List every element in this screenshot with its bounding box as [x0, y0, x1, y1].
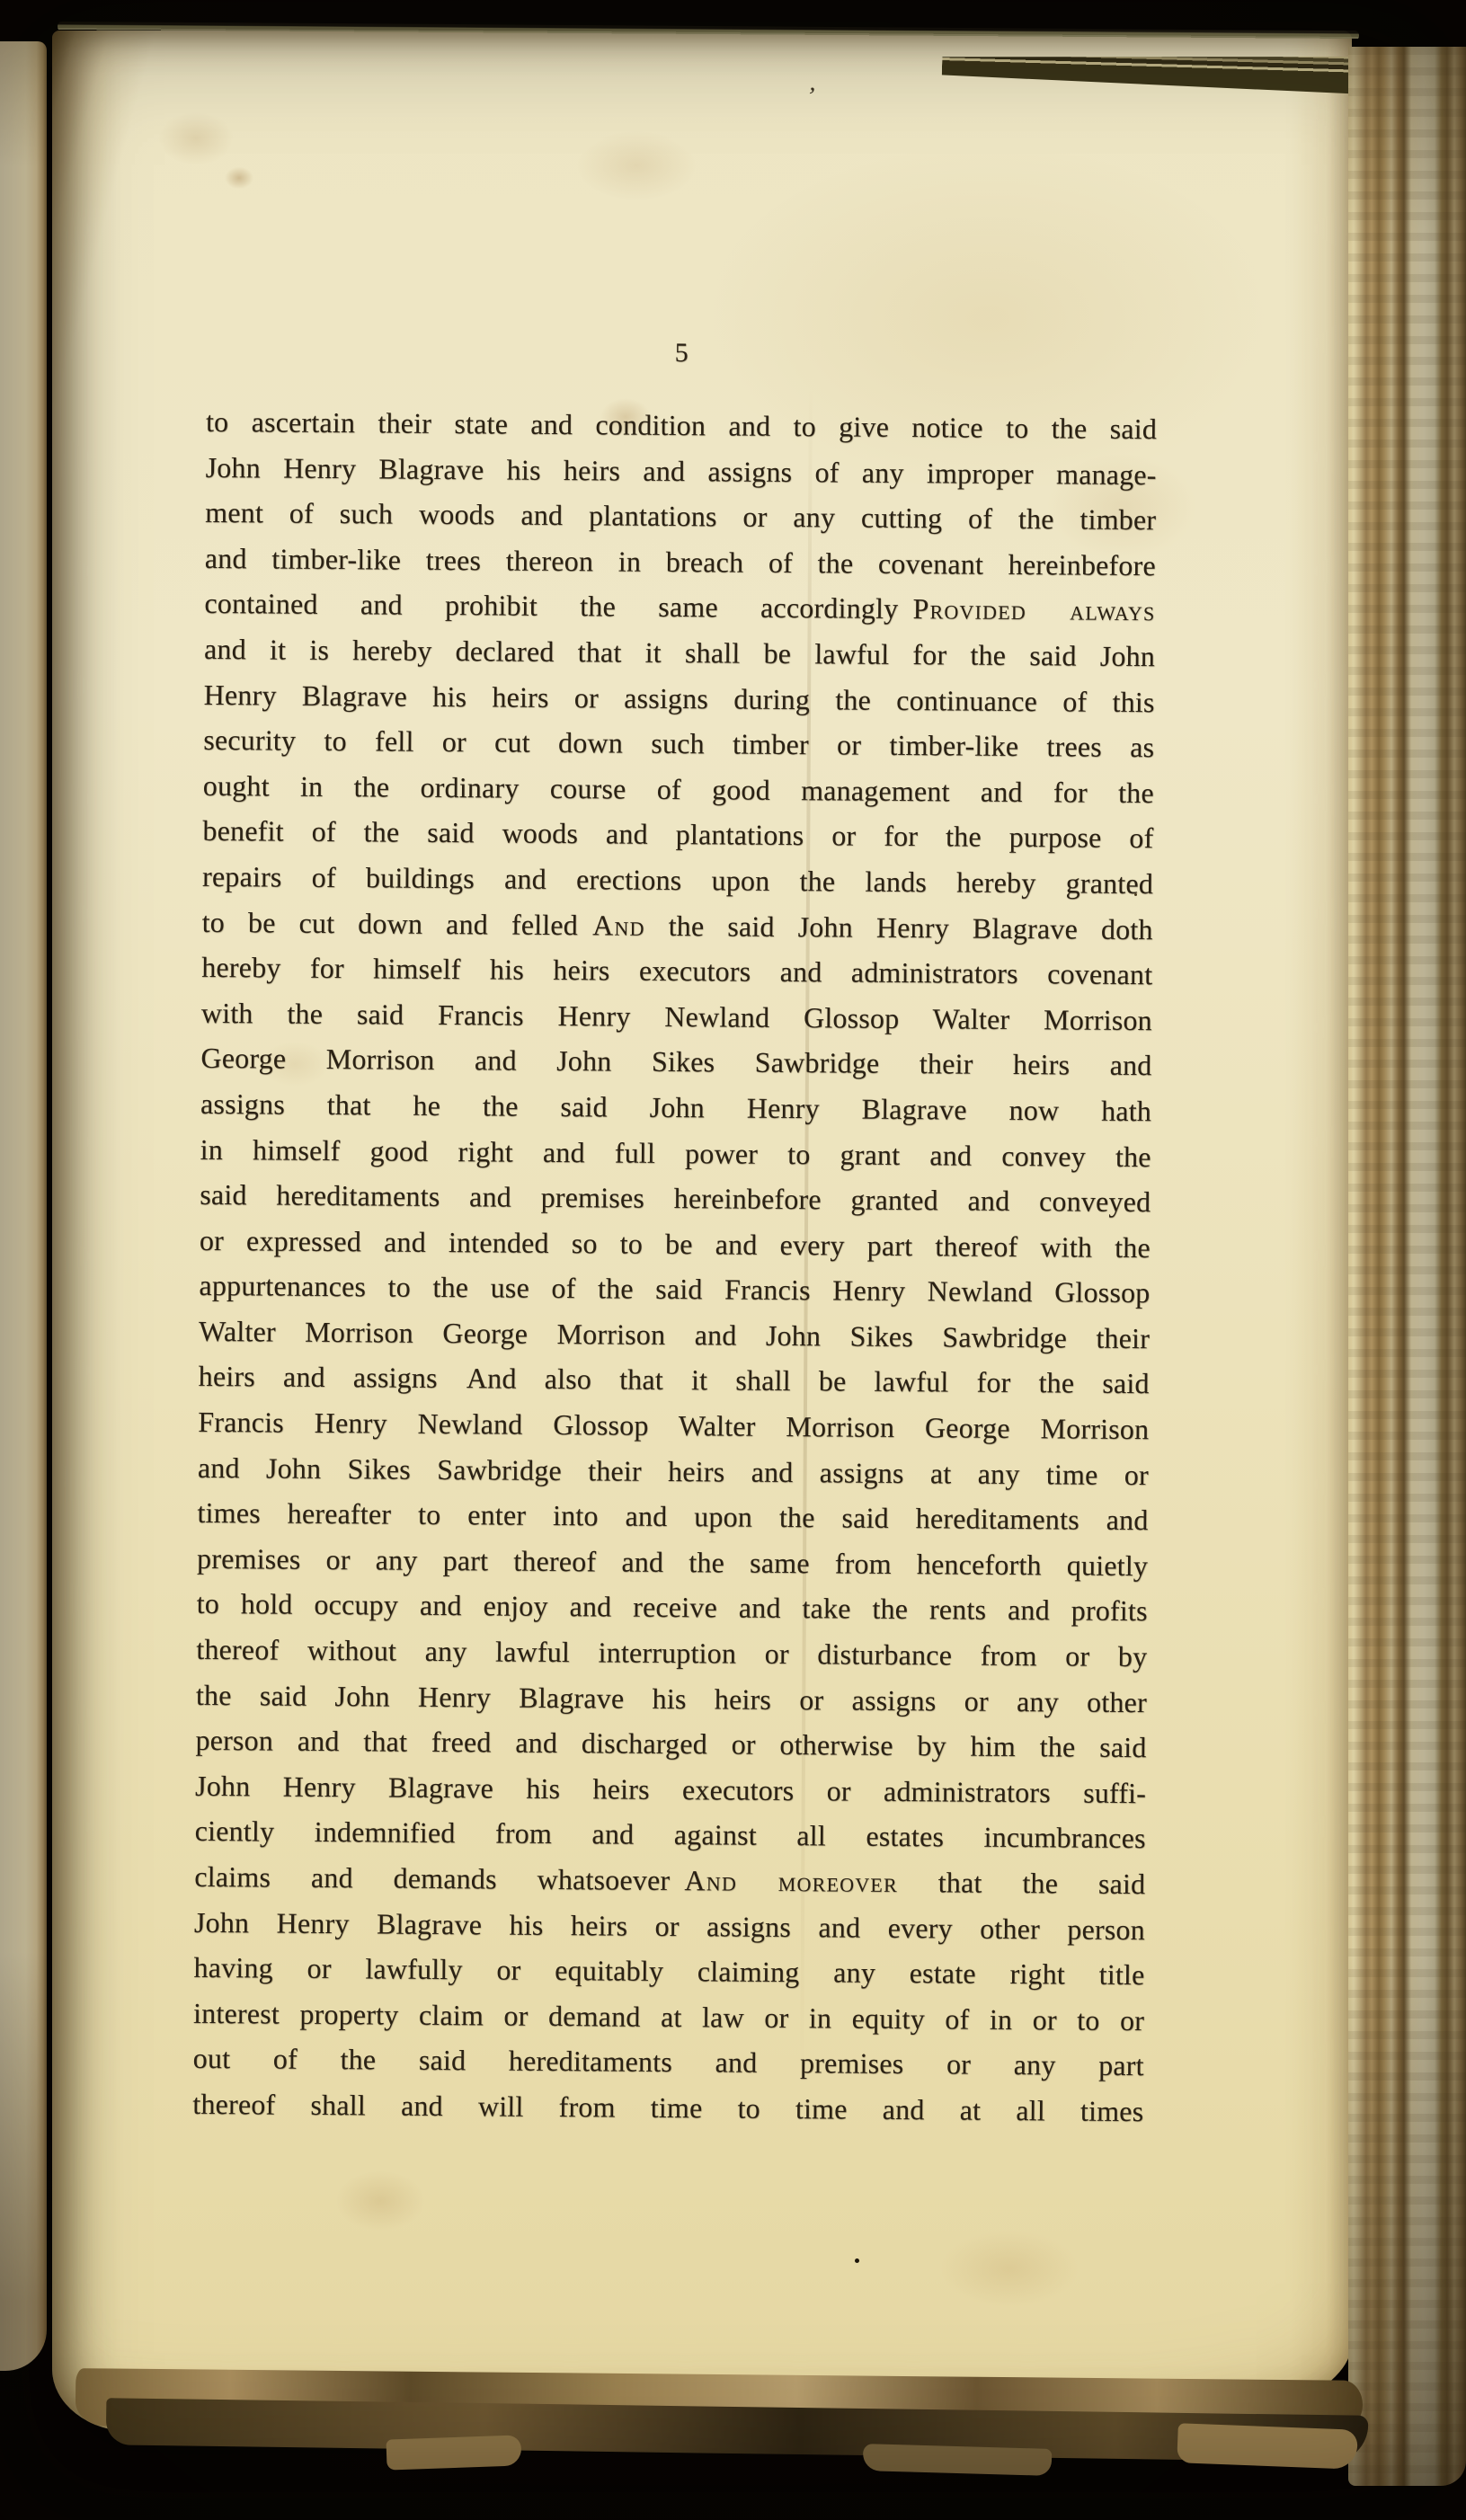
torn-page-tab [863, 2444, 1053, 2476]
text-segment: benefit of the said woods and plantation… [202, 814, 1153, 854]
text-segment: Henry Blagrave his heirs or assigns duri… [204, 678, 1155, 717]
text-line: thereof without any lawful interruption … [196, 1627, 1147, 1680]
text-line: John Henry Blagrave his heirs and assign… [205, 444, 1156, 497]
text-line: in himself good right and full power to … [200, 1126, 1151, 1179]
text-line: hereby for himself his heirs executors a… [201, 945, 1152, 998]
text-line: times hereafter to enter into and upon t… [197, 1490, 1148, 1543]
text-segment: heirs and assigns And also that it shall… [199, 1360, 1150, 1399]
text-segment: said hereditaments and premises hereinbe… [200, 1178, 1151, 1218]
text-line: claims and demands whatsoever And moreov… [194, 1854, 1145, 1907]
text-line: assigns that he the said John Henry Blag… [200, 1081, 1151, 1134]
text-line: to ascertain their state and condition a… [206, 399, 1157, 452]
text-segment: hereby for himself his heirs executors a… [201, 951, 1152, 990]
text-segment: to be cut down and felled [202, 905, 593, 940]
text-segment: thereof shall and will from time to time… [192, 2088, 1143, 2127]
text-segment: Walter Morrison George Morrison and John… [199, 1315, 1150, 1354]
text-segment: the said John Henry Blagrave his heirs o… [196, 1678, 1147, 1717]
text-line: and John Sikes Sawbridge their heirs and… [198, 1444, 1149, 1497]
text-segment: thereof without any lawful interruption … [196, 1633, 1147, 1673]
text-segment: having or lawfully or equitably claiming… [193, 1951, 1144, 1991]
smallcaps-text-segment: And [592, 909, 645, 941]
text-line: benefit of the said woods and plantation… [202, 808, 1153, 861]
text-line: John Henry Blagrave his heirs or assigns… [194, 1899, 1145, 1952]
text-line: ought in the ordinary course of good man… [203, 763, 1154, 816]
text-segment: contained and prohibit the same accordin… [204, 587, 912, 625]
text-line: ciently indemnified from and against all… [195, 1808, 1146, 1861]
text-line: interest property claim or demand at law… [193, 1991, 1144, 2044]
facing-page-edge [0, 41, 47, 2371]
text-segment: or expressed and intended so to be and e… [200, 1224, 1151, 1264]
text-line: contained and prohibit the same accordin… [204, 581, 1155, 634]
text-segment: John Henry Blagrave his heirs and assign… [206, 450, 1157, 490]
text-segment: John Henry Blagrave his heirs or assigns… [194, 1905, 1145, 1945]
text-segment: appurtenances to the use of the said Fra… [199, 1269, 1150, 1309]
text-segment: to hold occupy and enjoy and receive and… [197, 1587, 1148, 1627]
text-segment: George Morrison and John Sikes Sawbridge… [200, 1042, 1151, 1081]
text-segment: and it is hereby declared that it shall … [204, 633, 1155, 672]
text-line: security to fell or cut down such timber… [203, 717, 1154, 770]
smallcaps-text-segment: Provided always [912, 592, 1155, 626]
text-line: out of the said hereditaments and premis… [193, 2036, 1144, 2089]
text-line: Henry Blagrave his heirs or assigns duri… [203, 671, 1154, 724]
text-segment: Francis Henry Newland Glossop Walter Mor… [198, 1406, 1149, 1445]
text-line: the said John Henry Blagrave his heirs o… [196, 1672, 1147, 1725]
torn-page-tab [1177, 2423, 1358, 2470]
text-segment: premises or any part thereof and the sam… [197, 1542, 1148, 1582]
page-number: 5 [206, 327, 1157, 379]
text-line: thereof shall and will from time to time… [192, 2081, 1143, 2134]
text-line: Francis Henry Newland Glossop Walter Mor… [198, 1399, 1149, 1452]
text-segment: to ascertain their state and condition a… [206, 405, 1157, 445]
text-line: person and that freed and discharged or … [195, 1717, 1146, 1770]
text-segment: ciently indemnified from and against all… [195, 1815, 1146, 1854]
text-line: having or lawfully or equitably claiming… [193, 1945, 1144, 1998]
text-line: and timber-like trees thereon in breach … [205, 536, 1156, 589]
text-segment: person and that freed and discharged or … [195, 1724, 1146, 1763]
text-line: said hereditaments and premises hereinbe… [200, 1172, 1151, 1225]
text-line: John Henry Blagrave his heirs executors … [195, 1763, 1146, 1816]
text-column: 5 to ascertain their state and condition… [192, 327, 1158, 2134]
text-segment: and timber-like trees thereon in breach … [205, 542, 1156, 581]
text-line: to be cut down and felled And the said J… [201, 899, 1152, 952]
page-stack-fore-edges [1348, 47, 1466, 2486]
text-segment: interest property claim or demand at law… [193, 1997, 1144, 2036]
text-segment: ment of such woods and plantations or an… [205, 496, 1156, 536]
smallcaps-text-segment: And moreover [684, 1864, 898, 1898]
text-line: with the said Francis Henry Newland Glos… [201, 990, 1152, 1043]
text-line: and it is hereby declared that it shall … [204, 626, 1155, 679]
text-segment: the said John Henry Blagrave doth [645, 909, 1153, 945]
text-segment: that the said [898, 1866, 1146, 1900]
text-segment: out of the said hereditaments and premis… [193, 2042, 1144, 2081]
text-segment: assigns that he the said John Henry Blag… [200, 1087, 1151, 1127]
text-segment: ought in the ordinary course of good man… [203, 769, 1154, 809]
text-segment: times hereafter to enter into and upon t… [197, 1496, 1148, 1536]
text-segment: John Henry Blagrave his heirs executors … [195, 1770, 1146, 1809]
book-photo: 5 to ascertain their state and condition… [0, 0, 1466, 2520]
dust-specks [855, 2258, 859, 2263]
text-segment: repairs of buildings and erections upon … [202, 860, 1153, 900]
text-line: Walter Morrison George Morrison and John… [199, 1309, 1150, 1362]
text-segment: claims and demands whatsoever [194, 1860, 684, 1896]
text-line: appurtenances to the use of the said Fra… [199, 1263, 1150, 1316]
torn-page-tab [386, 2435, 521, 2470]
text-segment: and John Sikes Sawbridge their heirs and… [198, 1451, 1149, 1490]
text-line: heirs and assigns And also that it shall… [199, 1353, 1150, 1406]
text-line: or expressed and intended so to be and e… [200, 1218, 1151, 1271]
text-line: George Morrison and John Sikes Sawbridge… [200, 1035, 1151, 1088]
text-segment: with the said Francis Henry Newland Glos… [201, 997, 1152, 1036]
text-line: ment of such woods and plantations or an… [205, 490, 1156, 543]
text-line: repairs of buildings and erections upon … [202, 854, 1153, 907]
text-segment: in himself good right and full power to … [200, 1132, 1151, 1172]
text-line: to hold occupy and enjoy and receive and… [197, 1581, 1148, 1634]
text-line: premises or any part thereof and the sam… [197, 1536, 1148, 1589]
text-segment: security to fell or cut down such timber… [203, 723, 1154, 763]
